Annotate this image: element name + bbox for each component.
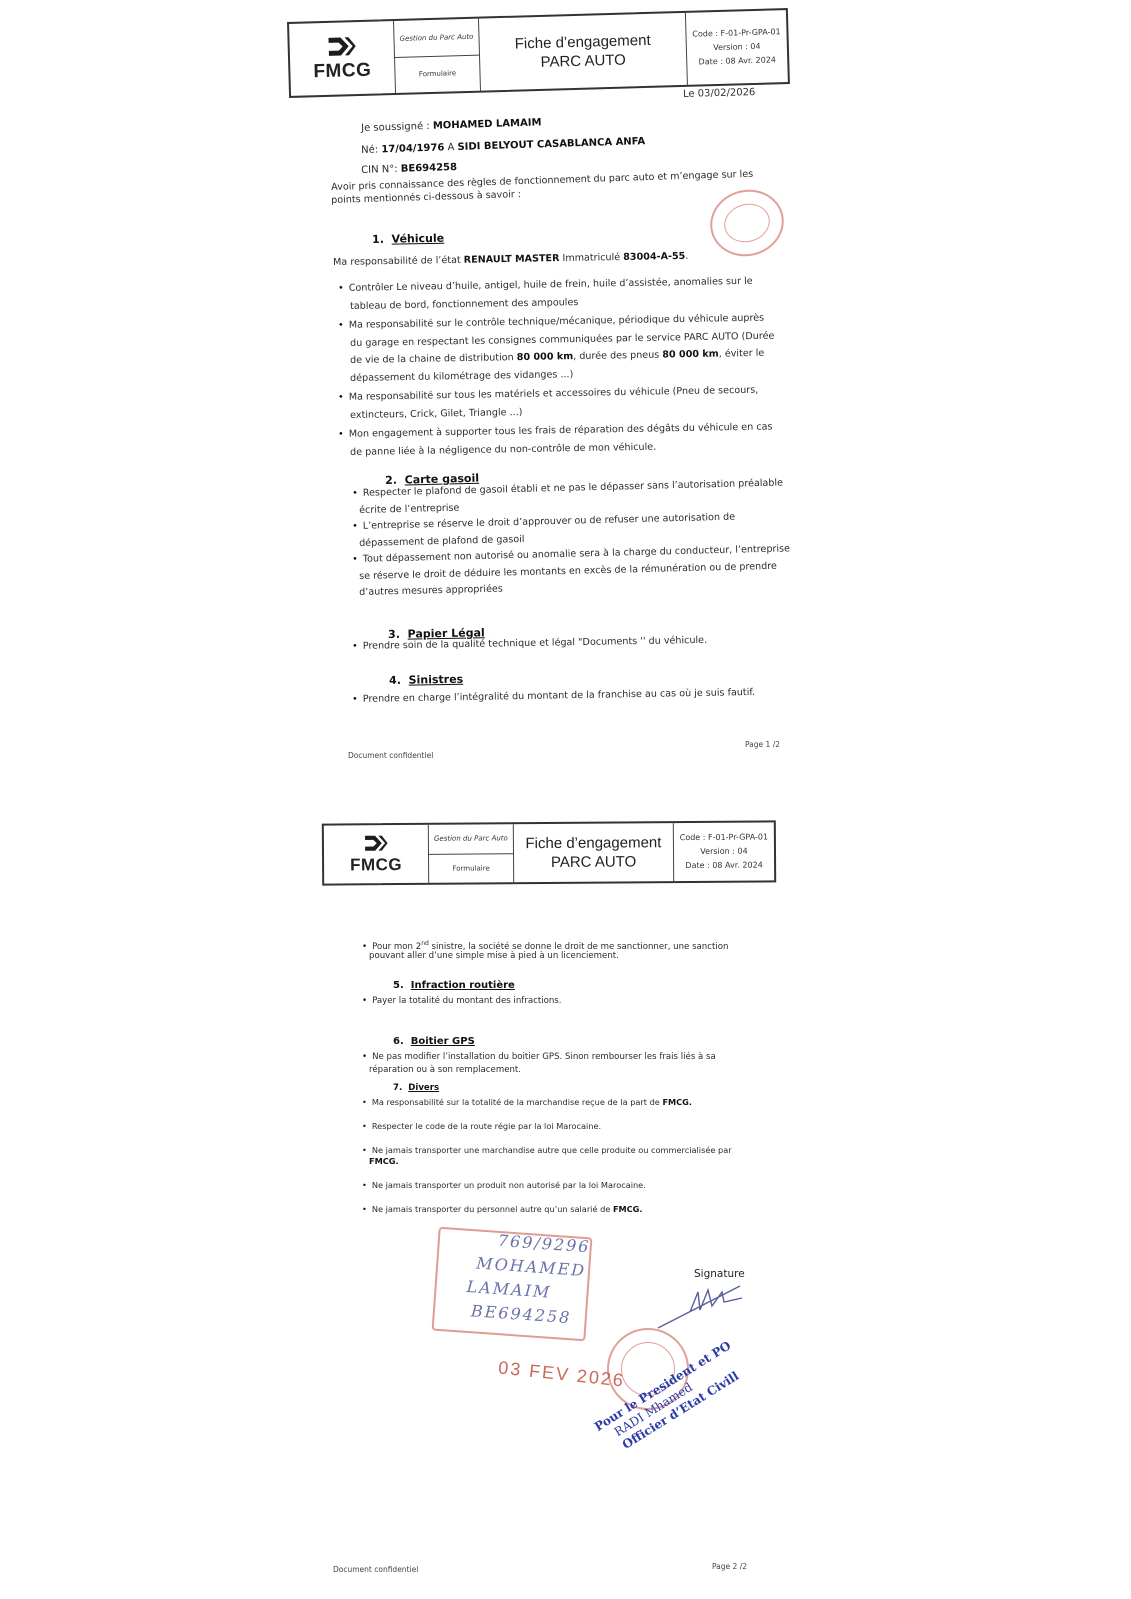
birth-sep: A [444,142,458,153]
company-logo: FMCG [289,21,396,96]
bullet-continuation: de panne liée à la négligence du non-con… [350,440,656,458]
title-line-1: Fiche d’engagement [514,31,650,54]
cin-value: BE694258 [401,162,458,175]
brand-name: FMCG [313,60,372,84]
doc-version: Version : 04 [713,40,761,55]
document-header: FMCG Gestion du Parc Auto Formulaire Fic… [322,820,776,885]
header-department: Gestion du Parc Auto [394,19,479,58]
document-header: FMCG Gestion du Parc Auto Formulaire Fic… [287,8,790,98]
bullet-continuation: extincteurs, Crick, Gilet, Triangle ...) [350,405,523,421]
section-heading: 1. Véhicule [372,232,444,246]
title-line-2: PARC AUTO [540,51,626,72]
doc-version: Version : 04 [700,845,747,859]
company-logo: FMCG [324,825,429,884]
signature-label: Signature [694,1268,745,1280]
bullet-continuation: dépassement de plafond de gasoil [359,532,525,549]
bullet-item: Ne jamais transporter une marchandise au… [362,1144,732,1157]
document-page-1: FMCG Gestion du Parc Auto Formulaire Fic… [0,0,1131,790]
doc-date: Date : 08 Avr. 2024 [685,859,762,874]
footer-page-number: Page 1 /2 [745,740,780,749]
section-heading: 6. Boitier GPS [393,1036,475,1047]
brand-name: FMCG [350,855,402,875]
document-title: Fiche d’engagement PARC AUTO [479,13,688,91]
bullet-item: Ma responsabilité sur la totalité de la … [362,1096,692,1109]
bullet-item: Payer la totalité du montant des infract… [362,995,562,1008]
bullet-item: Ne jamais transporter un produit non aut… [362,1179,646,1192]
stamp-handwriting-2: MOHAMED [476,1253,587,1280]
arrow-right-logo-icon [326,34,357,59]
title-line-2: PARC AUTO [551,852,636,872]
bullet-item: Ne jamais transporter du personnel autre… [362,1203,643,1216]
section-title: Infraction routière [411,980,515,991]
bullet-continuation: réparation ou à son remplacement. [369,1064,521,1077]
identity-cin: CIN N°: BE694258 [361,161,457,177]
bullet-item: Ne pas modifier l’installation du boitie… [362,1051,716,1064]
header-doc-type: Formulaire [429,854,513,883]
birth-label: Né: [361,144,382,156]
arrow-right-logo-icon [363,833,389,853]
document-metadata: Code : F-01-Pr-GPA-01 Version : 04 Date … [686,10,788,85]
section-lead: Ma responsabilité de l’état RENAULT MAST… [333,250,689,269]
bullet-continuation: écrite de l’entreprise [359,501,460,516]
legalization-stamp: 769/9296 MOHAMED LAMAIM BE694258 [432,1227,593,1341]
name-value: MOHAMED LAMAIM [433,117,542,131]
section-title: Sinistres [409,673,464,687]
letter-date: Le 03/02/2026 [683,87,756,100]
bullet-continuation: d’autres mesures appropriées [359,582,503,599]
identity-name: Je soussigné : MOHAMED LAMAIM [361,116,542,135]
continuation-line-2: pouvant aller d’une simple mise à pied à… [369,950,619,963]
doc-code: Code : F-01-Pr-GPA-01 [680,830,768,845]
header-doc-type: Formulaire [395,55,480,93]
doc-date: Date : 08 Avr. 2024 [698,53,776,69]
header-department: Gestion du Parc Auto [429,824,513,854]
section-title: Véhicule [392,232,445,246]
title-line-1: Fiche d’engagement [525,833,661,853]
bullet-continuation: dépassement du kilométrage des vidanges … [350,368,573,385]
identity-birth: Né: 17/04/1976 A SIDI BELYOUT CASABLANCA… [361,135,645,157]
cont-sup: nd [421,940,429,947]
section-heading: 7. Divers [393,1083,439,1093]
section-number: 5. [393,980,404,991]
section-heading: 5. Infraction routière [393,980,515,991]
bullet-item: Mon engagement à supporter tous les frai… [338,420,773,441]
bullet-item: Ma responsabilité sur tous les matériels… [338,384,758,404]
bullet-item: Respecter le code de la route régie par … [362,1120,601,1133]
document-page-2: FMCG Gestion du Parc Auto Formulaire Fic… [0,800,1131,1599]
section-title: Divers [408,1083,439,1093]
footer-confidential: Document confidentiel [333,1565,418,1574]
cin-label: CIN N°: [361,164,401,176]
footer-confidential: Document confidentiel [348,751,433,760]
stamp-handwriting-1: 769/9296 [497,1231,591,1256]
section-number: 7. [393,1083,402,1093]
footer-page-number: Page 2 /2 [712,1562,747,1571]
signature-scribble-icon [650,1282,750,1332]
stamp-handwriting-4: BE694258 [470,1301,572,1327]
bullet-item: Contrôler Le niveau d’huile, antigel, hu… [338,275,753,295]
stamp-handwriting-3: LAMAIM [466,1277,552,1302]
document-metadata: Code : F-01-Pr-GPA-01 Version : 04 Date … [674,822,774,881]
birth-date: 17/04/1976 [381,142,444,155]
birth-place: SIDI BELYOUT CASABLANCA ANFA [457,136,645,153]
section-number: 6. [393,1036,404,1047]
section-number: 4. [389,674,401,687]
header-form-info: Gestion du Parc Auto Formulaire [394,19,481,93]
bullet-continuation: du garage en respectant les consignes co… [350,329,774,349]
bullet-continuation: tableau de bord, fonctionnement des ampo… [350,296,578,313]
round-stamp-page1 [703,182,792,265]
doc-code: Code : F-01-Pr-GPA-01 [692,25,781,41]
bullet-item: Prendre en charge l’intégralité du monta… [352,686,755,706]
name-label: Je soussigné : [361,121,433,134]
section-title: Boitier GPS [411,1036,475,1047]
bullet-continuation: FMCG. [369,1155,399,1168]
header-form-info: Gestion du Parc Auto Formulaire [429,824,514,883]
bullet-continuation: de vie de la chaine de distribution 80 0… [350,347,764,367]
section-number: 1. [372,233,384,246]
section-heading: 4. Sinistres [389,673,463,687]
bullet-item: Ma responsabilité sur le contrôle techni… [338,312,764,332]
document-title: Fiche d’engagement PARC AUTO [514,823,674,882]
